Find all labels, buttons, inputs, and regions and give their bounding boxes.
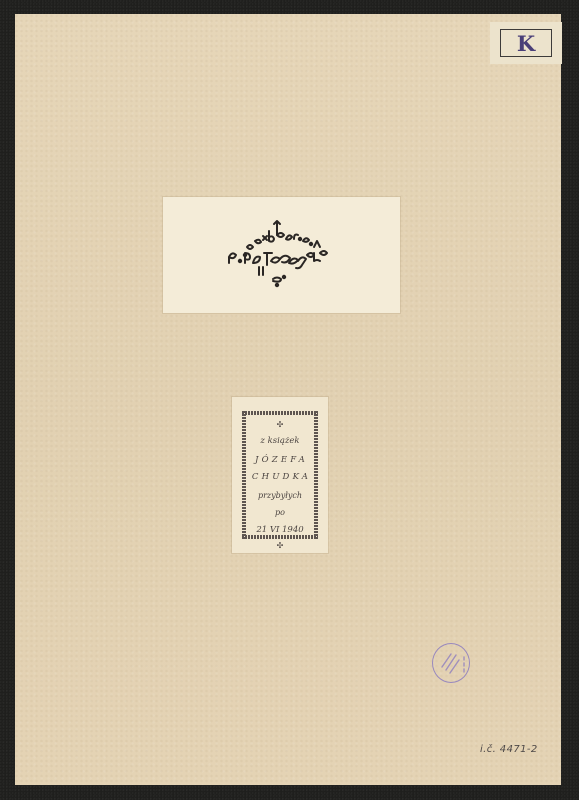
library-stamp [432, 643, 470, 683]
ornament-top-icon: ✣ [277, 421, 284, 429]
monogram-calligraphy-icon [163, 197, 400, 313]
bookplate-chudek: ✣ z książek JÓZEFA CHUDKA przybyłych po … [232, 397, 328, 553]
stamp-text-icon [432, 643, 470, 683]
call-number: i.č. 4471-2 [480, 744, 538, 755]
corner-label-frame: K [500, 29, 552, 57]
bookplate-first-name: JÓZEFA [252, 456, 308, 465]
bookplate-line-4: przybyłych [258, 492, 302, 500]
corner-label-letter: K [517, 33, 535, 54]
bookplate-line-5: po [275, 509, 285, 517]
corner-label: K [490, 22, 562, 64]
ornament-bottom-icon: ✣ [277, 542, 284, 550]
bookplate-monogram [163, 197, 400, 313]
bookplate-line-1: z książek [260, 437, 299, 446]
bookplate-last-name: CHUDKA [249, 473, 311, 482]
bookplate-date: 21 VI 1940 [256, 526, 303, 535]
